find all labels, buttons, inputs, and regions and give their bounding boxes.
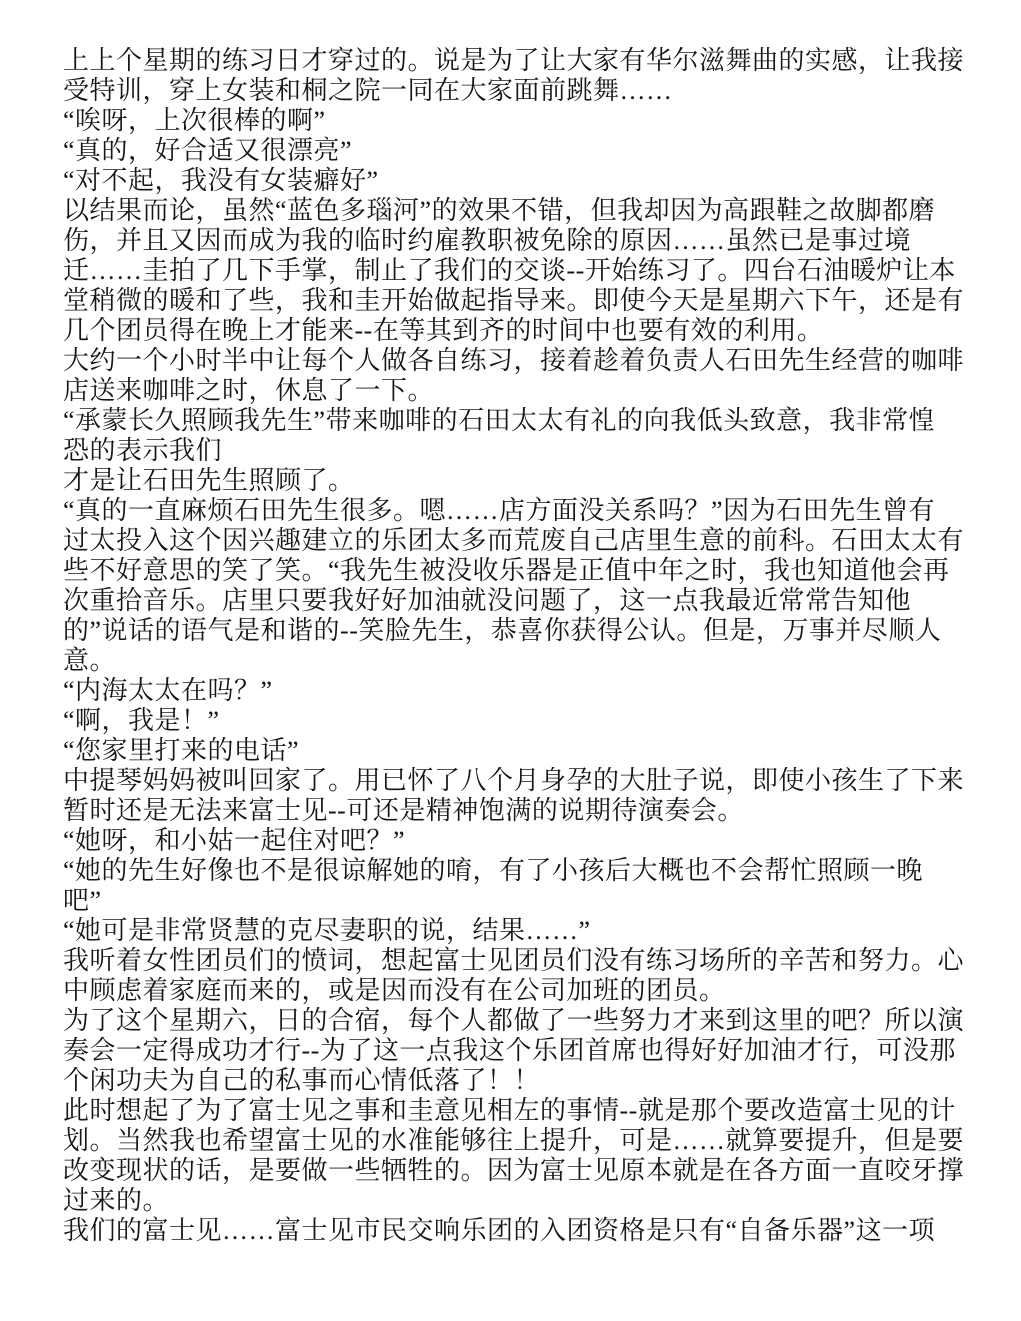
text-line: 上上个星期的练习日才穿过的。说是为了让大家有华尔滋舞曲的实感，让我接: [63, 46, 968, 76]
text-line: 个闲功夫为自己的私事而心情低落了！！: [63, 1066, 968, 1096]
text-line: “她呀，和小姑一起住对吧？”: [63, 826, 968, 856]
text-line: 为了这个星期六，日的合宿，每个人都做了一些努力才来到这里的吧？所以演: [63, 1006, 968, 1036]
text-line: “她的先生好像也不是很谅解她的唷，有了小孩后大概也不会帮忙照顾一晚: [63, 856, 968, 886]
text-line: “对不起，我没有女装癖好”: [63, 166, 968, 196]
text-line: 吧”: [63, 886, 968, 916]
text-line: “啊，我是！”: [63, 706, 968, 736]
text-line: 大约一个小时半中让每个人做各自练习，接着趁着负责人石田先生经营的咖啡: [63, 346, 968, 376]
text-line: 些不好意思的笑了笑。“我先生被没收乐器是正值中年之时，我也知道他会再: [63, 556, 968, 586]
text-line: 恐的表示我们: [63, 436, 968, 466]
text-line: “真的一直麻烦石田先生很多。嗯……店方面没关系吗？”因为石田先生曾有: [63, 496, 968, 526]
text-line: “她可是非常贤慧的克尽妻职的说，结果……”: [63, 916, 968, 946]
text-line: 奏会一定得成功才行--为了这一点我这个乐团首席也得好好加油才行，可没那: [63, 1036, 968, 1066]
text-line: “承蒙长久照顾我先生”带来咖啡的石田太太有礼的向我低头致意，我非常惶: [63, 406, 968, 436]
text-line: “真的，好合适又很漂亮”: [63, 136, 968, 166]
text-line: 受特训，穿上女装和桐之院一同在大家面前跳舞……: [63, 76, 968, 106]
text-line: 以结果而论，虽然“蓝色多瑙河”的效果不错，但我却因为高跟鞋之故脚都磨: [63, 196, 968, 226]
text-line: 划。当然我也希望富士见的水准能够往上提升，可是……就算要提升，但是要: [63, 1126, 968, 1156]
text-block: 上上个星期的练习日才穿过的。说是为了让大家有华尔滋舞曲的实感，让我接受特训，穿上…: [63, 46, 968, 1246]
text-line: 堂稍微的暖和了些，我和圭开始做起指导来。即使今天是星期六下午，还是有: [63, 286, 968, 316]
text-line: 才是让石田先生照顾了。: [63, 466, 968, 496]
text-line: 几个团员得在晚上才能来--在等其到齐的时间中也要有效的利用。: [63, 316, 968, 346]
text-line: 过太投入这个因兴趣建立的乐团太多而荒废自己店里生意的前科。石田太太有: [63, 526, 968, 556]
text-line: 改变现状的话，是要做一些牺牲的。因为富士见原本就是在各方面一直咬牙撑: [63, 1156, 968, 1186]
text-line: 我们的富士见……富士见市民交响乐团的入团资格是只有“自备乐器”这一项: [63, 1216, 968, 1246]
text-line: “内海太太在吗？”: [63, 676, 968, 706]
text-line: 意。: [63, 646, 968, 676]
document-page: 上上个星期的练习日才穿过的。说是为了让大家有华尔滋舞曲的实感，让我接受特训，穿上…: [0, 0, 1021, 1321]
text-line: 次重拾音乐。店里只要我好好加油就没问题了，这一点我最近常常告知他: [63, 586, 968, 616]
text-line: “唉呀，上次很棒的啊”: [63, 106, 968, 136]
text-line: 店送来咖啡之时，休息了一下。: [63, 376, 968, 406]
text-line: 过来的。: [63, 1186, 968, 1216]
text-line: 暂时还是无法来富士见--可还是精神饱满的说期待演奏会。: [63, 796, 968, 826]
text-line: 此时想起了为了富士见之事和圭意见相左的事情--就是那个要改造富士见的计: [63, 1096, 968, 1126]
text-line: 我听着女性团员们的愤词，想起富士见团员们没有练习场所的辛苦和努力。心: [63, 946, 968, 976]
text-line: 的”说话的语气是和谐的--笑脸先生，恭喜你获得公认。但是，万事并尽顺人: [63, 616, 968, 646]
text-line: 迁……圭拍了几下手掌，制止了我们的交谈--开始练习了。四台石油暖炉让本: [63, 256, 968, 286]
text-line: 中顾虑着家庭而来的，或是因而没有在公司加班的团员。: [63, 976, 968, 1006]
text-line: 中提琴妈妈被叫回家了。用已怀了八个月身孕的大肚子说，即使小孩生了下来: [63, 766, 968, 796]
text-line: “您家里打来的电话”: [63, 736, 968, 766]
text-line: 伤，并且又因而成为我的临时约雇教职被免除的原因……虽然已是事过境: [63, 226, 968, 256]
